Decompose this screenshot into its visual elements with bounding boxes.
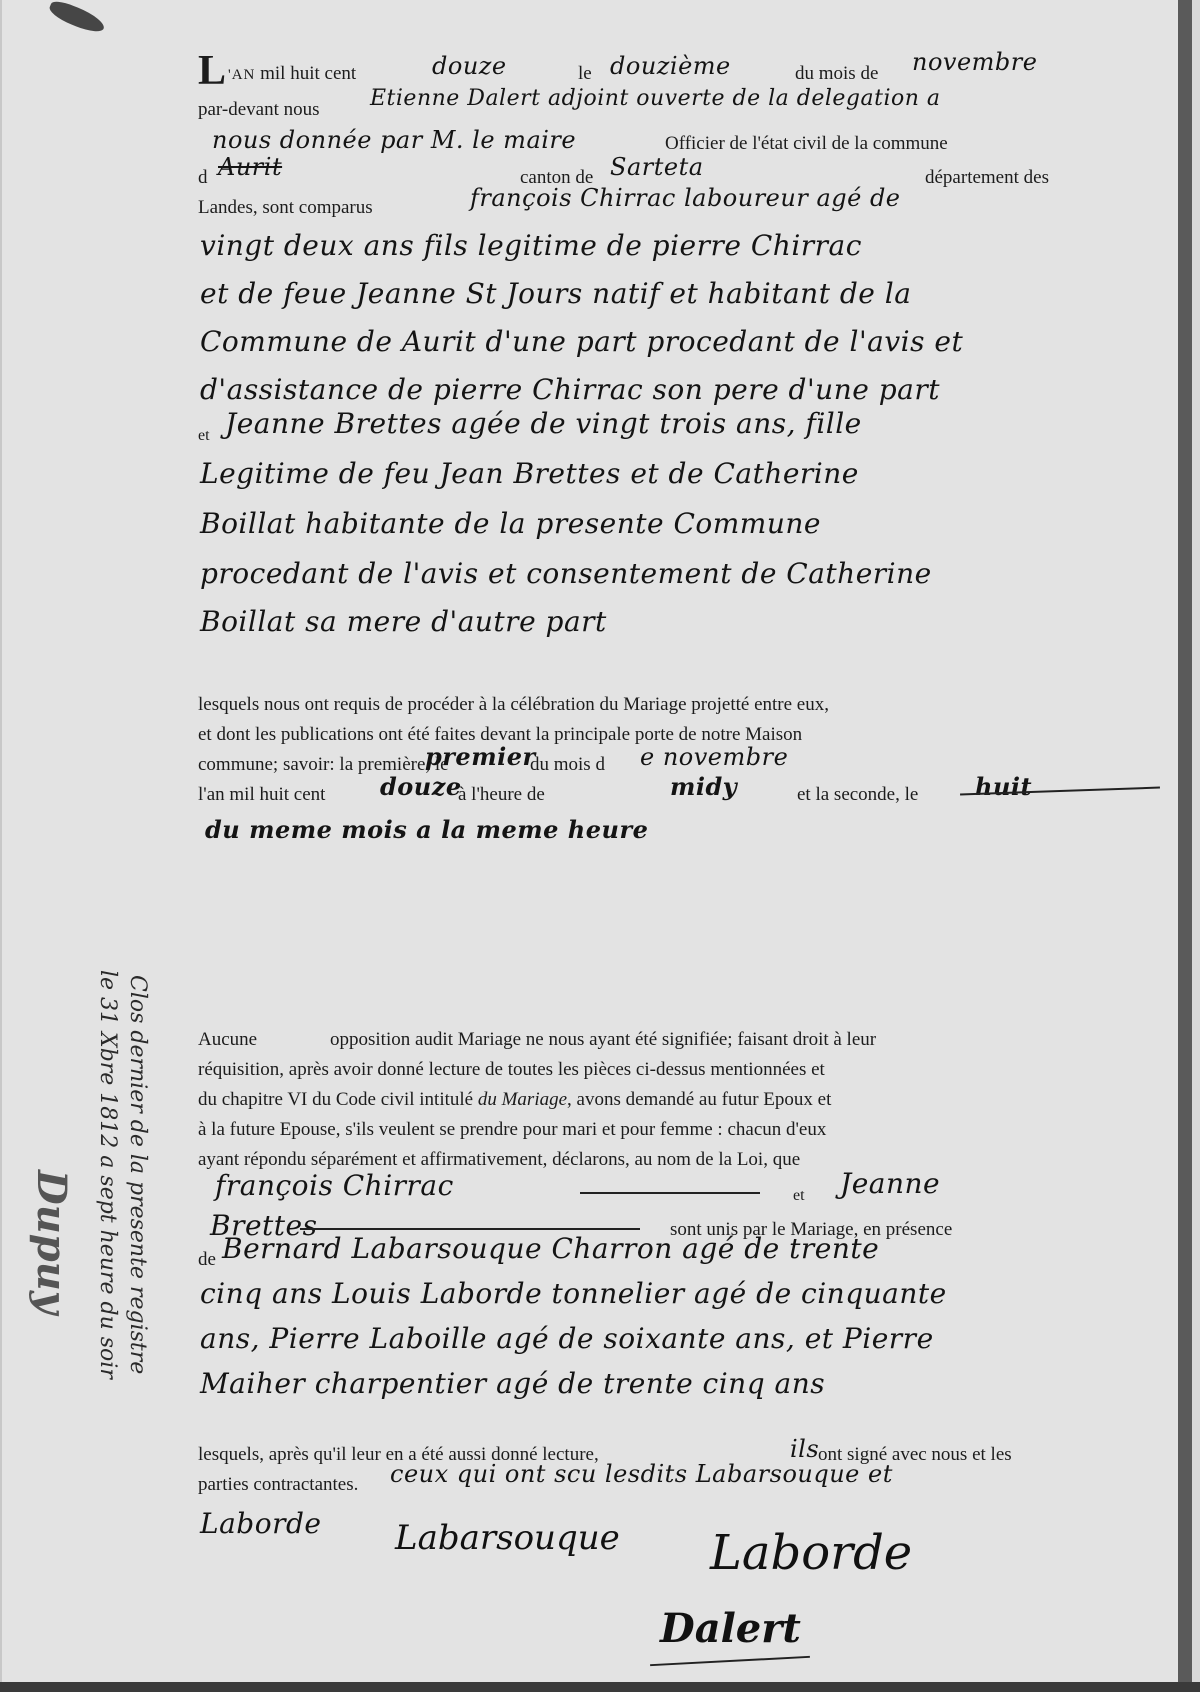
- handwritten-first-day: premier: [425, 745, 536, 769]
- printed-text: du mois d: [530, 755, 605, 774]
- handwritten-bride-first: Jeanne: [840, 1170, 940, 1198]
- handwritten-groom: d'assistance de pierre Chirrac son pere …: [200, 376, 940, 404]
- handwritten-ils: ils: [790, 1437, 819, 1461]
- printed-text: Aucune: [198, 1030, 257, 1049]
- handwritten-officer: nous donnée par M. le maire: [212, 128, 576, 152]
- printed-text: parties contractantes.: [198, 1475, 358, 1494]
- printed-text: à la future Epouse, s'ils veulent se pre…: [198, 1120, 826, 1139]
- handwritten-officer: Etienne Dalert adjoint ouverte de la del…: [370, 88, 941, 110]
- handwritten-witness: cinq ans Louis Laborde tonnelier agé de …: [200, 1280, 947, 1308]
- printed-text: d: [198, 168, 208, 187]
- handwritten-groom: Commune de Aurit d'une part procedant de…: [200, 328, 963, 356]
- signature-labarsouque: Labarsouque: [395, 1518, 620, 1558]
- handwritten-witness: ans, Pierre Laboille agé de soixante ans…: [200, 1325, 934, 1353]
- handwritten-bride: Legitime de feu Jean Brettes et de Cathe…: [200, 460, 859, 488]
- printed-text: à l'heure de: [458, 785, 545, 804]
- pen-stroke: [580, 1192, 760, 1194]
- handwritten-year: douze: [380, 775, 462, 799]
- handwritten-second-day: huit: [975, 775, 1032, 799]
- printed-text: opposition audit Mariage ne nous ayant é…: [330, 1030, 876, 1049]
- printed-text: du chapitre VI du Code civil intitulé du…: [198, 1090, 831, 1109]
- handwritten-groom: et de feue Jeanne St Jours natif et habi…: [200, 280, 911, 308]
- printed-et: et: [793, 1188, 805, 1204]
- ink-blot: [47, 0, 108, 36]
- handwritten-witness: Maiher charpentier agé de trente cinq an…: [200, 1370, 825, 1398]
- printed-text: Officier de l'état civil de la commune: [665, 134, 948, 153]
- signature-laborde: Laborde: [710, 1525, 912, 1581]
- handwritten-bride: Boillat sa mere d'autre part: [200, 608, 607, 636]
- handwritten-month: novembre: [912, 50, 1037, 74]
- printed-text: lesquels nous ont requis de procéder à l…: [198, 695, 829, 714]
- handwritten-year: douze: [432, 54, 507, 78]
- handwritten-groom: vingt deux ans fils legitime de pierre C…: [200, 232, 862, 260]
- printed-text: du mois de: [795, 64, 878, 83]
- printed-text: par-devant nous: [198, 100, 320, 119]
- pen-stroke: [300, 1228, 640, 1230]
- handwritten-groom: françois Chirrac laboureur agé de: [470, 186, 901, 210]
- register-page: L 'AN mil huit cent douze le douzième du…: [0, 0, 1176, 1682]
- printed-text: département des: [925, 168, 1049, 187]
- handwritten-day: douzième: [610, 54, 731, 78]
- handwritten-bride: Jeanne Brettes agée de vingt trois ans, …: [225, 410, 862, 438]
- handwritten-first-month: e novembre: [640, 745, 788, 769]
- handwritten-closing: Laborde: [200, 1510, 321, 1538]
- printed-text: et la seconde, le: [797, 785, 918, 804]
- signature-dalert: Dalert: [660, 1605, 801, 1652]
- handwritten-bride: procedant de l'avis et consentement de C…: [200, 560, 932, 588]
- page-right-edge: [1178, 0, 1192, 1692]
- margin-closing-note: Clos dernier de la presente registre: [125, 975, 150, 1374]
- handwritten-witness: Bernard Labarsouque Charron agé de trent…: [222, 1235, 879, 1263]
- signature-flourish: [650, 1656, 810, 1666]
- printed-text: 'AN mil huit cent: [228, 64, 356, 83]
- handwritten-closing: ceux qui ont scu lesdits Labarsouque et: [390, 1462, 893, 1486]
- handwritten-second-date: du meme mois a la meme heure: [205, 818, 648, 842]
- printed-text: de: [198, 1250, 216, 1269]
- drop-cap-L: L: [198, 50, 226, 92]
- printed-text: l'an mil huit cent: [198, 785, 325, 804]
- handwritten-groom-name: françois Chirrac: [215, 1172, 454, 1200]
- page-bottom-edge: [0, 1682, 1200, 1692]
- printed-et: et: [198, 428, 210, 444]
- page-right-border: [1192, 0, 1200, 1692]
- handwritten-commune: Aurit: [218, 155, 282, 179]
- printed-text: réquisition, après avoir donné lecture d…: [198, 1060, 825, 1079]
- margin-closing-note: le 31 Xbre 1812 a sept heure du soir: [95, 970, 120, 1379]
- printed-text: le: [578, 64, 592, 83]
- printed-text: ayant répondu séparément et affirmativem…: [198, 1150, 800, 1169]
- margin-signature: Dupuy: [28, 1170, 75, 1314]
- handwritten-canton: Sarteta: [610, 155, 704, 179]
- handwritten-bride: Boillat habitante de la presente Commune: [200, 510, 821, 538]
- printed-text: Landes, sont comparus: [198, 198, 373, 217]
- page-fold-line: [0, 0, 2, 1692]
- handwritten-hour: midy: [670, 775, 737, 799]
